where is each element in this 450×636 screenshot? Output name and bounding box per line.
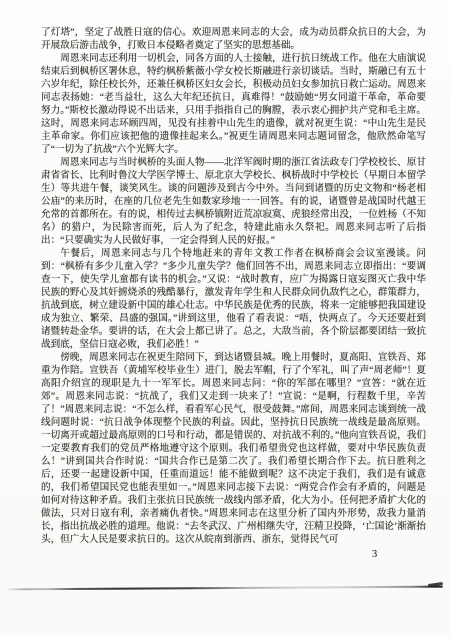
paragraph-continuation: 了灯塔”，坚定了战胜日寇的信心。欢迎周恩来同志的大会，成为动员群众抗日的大会，为…: [41, 26, 426, 52]
paragraph: 午餐后，周恩来同志与几个特地赶来的青年文教工作者在枫桥商会会议室漫谈。问到：“枫…: [41, 247, 426, 351]
body-text-block: 了灯塔”，坚定了战胜日寇的信心。欢迎周恩来同志的大会，成为动员群众抗日的大会，为…: [41, 26, 426, 546]
scanned-document-page: 了灯塔”，坚定了战胜日寇的信心。欢迎周恩来同志的大会，成为动员群众抗日的大会，为…: [0, 0, 450, 636]
paragraph: 周恩来同志与当时枫桥的头面人物——北洋军阀时期的浙江省法政专门学校校长、原甘肃省…: [41, 156, 426, 247]
page-number: 3: [372, 549, 377, 560]
scan-line-artifact: [7, 586, 443, 591]
paragraph: 傍晚，周恩来同志在祝更生陪同下，到达诸暨县城。晚上用餐时，夏高阳、宣铁吾、郑重为…: [41, 351, 426, 546]
paragraph: 周恩来同志还利用一切机会，同各方面的人士接触，进行抗日统战工作。他在大庙演说结束…: [41, 52, 426, 156]
